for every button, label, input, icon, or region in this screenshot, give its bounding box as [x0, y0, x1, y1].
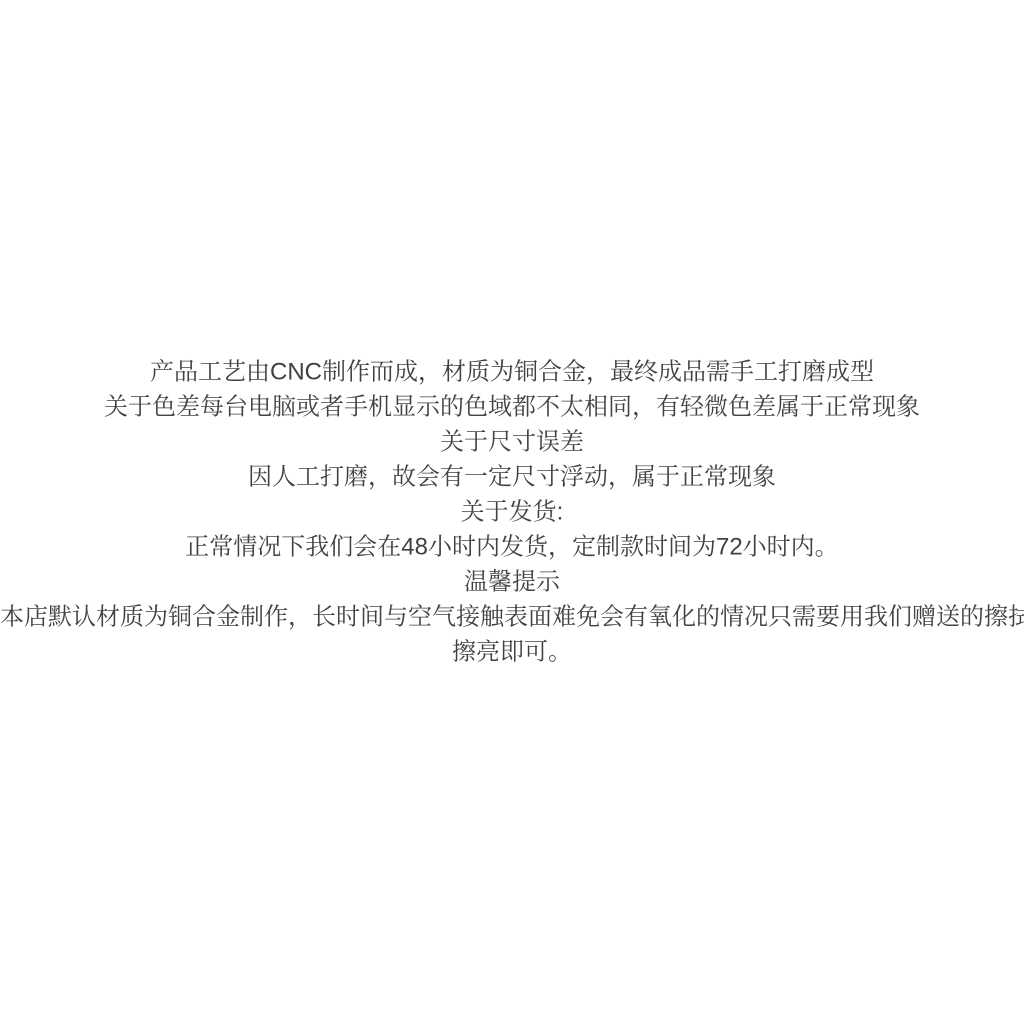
notice-line-shipping-heading: 关于发货:: [0, 495, 1024, 530]
notice-line-oxidation-detail: 本店默认材质为铜合金制作，长时间与空气接触表面难免会有氧化的情况只需要用我们赠送…: [0, 600, 1024, 635]
notice-line-color-difference: 关于色差每台电脑或者手机显示的色域都不太相同，有轻微色差属于正常现象: [0, 390, 1024, 425]
product-notice-page: 产品工艺由CNC制作而成，材质为铜合金，最终成品需手工打磨成型 关于色差每台电脑…: [0, 0, 1024, 1024]
notice-line-craft: 产品工艺由CNC制作而成，材质为铜合金，最终成品需手工打磨成型: [0, 355, 1024, 390]
notice-line-size-tolerance-heading: 关于尺寸误差: [0, 425, 1024, 460]
notice-line-tips-heading: 温馨提示: [0, 565, 1024, 600]
notice-line-size-tolerance-detail: 因人工打磨，故会有一定尺寸浮动，属于正常现象: [0, 460, 1024, 495]
notice-text-block: 产品工艺由CNC制作而成，材质为铜合金，最终成品需手工打磨成型 关于色差每台电脑…: [0, 355, 1024, 670]
notice-line-shipping-detail: 正常情况下我们会在48小时内发货，定制款时间为72小时内。: [0, 530, 1024, 565]
notice-line-oxidation-detail-wrap: 擦亮即可。: [0, 635, 1024, 670]
